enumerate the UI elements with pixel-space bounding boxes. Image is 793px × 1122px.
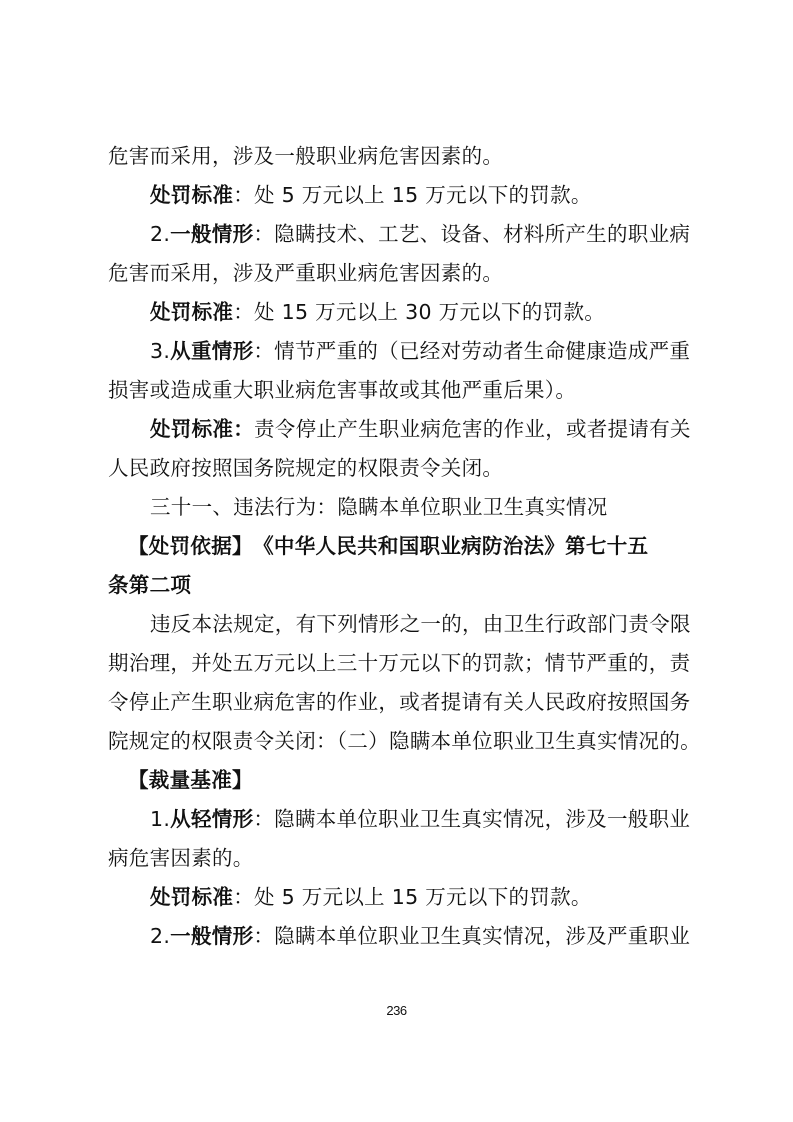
text-line: 损害或造成重大职业病危害事故或其他严重后果）。	[108, 376, 698, 404]
text-line: 病危害因素的。	[108, 844, 698, 872]
text-line: 危害而采用，涉及一般职业病危害因素的。	[108, 142, 698, 170]
light-case-line: 1.从轻情形：隐瞒本单位职业卫生真实情况，涉及一般职业	[150, 805, 698, 833]
section-title: 三十一、违法行为：隐瞒本单位职业卫生真实情况	[150, 493, 698, 521]
text-line: 人民政府按照国务院规定的权限责令关闭。	[108, 454, 698, 482]
penalty-standard-line: 处罚标准：责令停止产生职业病危害的作业，或者提请有关	[150, 415, 698, 443]
discretion-heading: 【裁量基准】	[128, 766, 718, 794]
penalty-basis-heading: 【处罚依据】 《中华人民共和国职业病防治法》第七十五	[128, 532, 718, 560]
general-case-line: 2.一般情形：隐瞒本单位职业卫生真实情况，涉及严重职业	[150, 922, 698, 950]
general-case-line: 2.一般情形：隐瞒技术、工艺、设备、材料所产生的职业病	[150, 220, 698, 248]
page-number: 236	[0, 1003, 793, 1018]
severe-case-line: 3.从重情形：情节严重的（已经对劳动者生命健康造成严重	[150, 337, 698, 365]
text-line: 危害而采用，涉及严重职业病危害因素的。	[108, 259, 698, 287]
penalty-standard-line: 处罚标准：处 15 万元以上 30 万元以下的罚款。	[150, 298, 698, 326]
penalty-standard-line: 处罚标准：处 5 万元以上 15 万元以下的罚款。	[150, 181, 698, 209]
law-text-line: 令停止产生职业病危害的作业，或者提请有关人民政府按照国务	[108, 688, 698, 716]
penalty-standard-line: 处罚标准：处 5 万元以上 15 万元以下的罚款。	[150, 883, 698, 911]
penalty-basis-heading-cont: 条第二项	[108, 571, 698, 599]
law-text-line: 院规定的权限责令关闭：（二）隐瞒本单位职业卫生真实情况的。	[108, 727, 698, 755]
law-text-line: 期治理，并处五万元以上三十万元以下的罚款；情节严重的，责	[108, 649, 698, 677]
law-text-line: 违反本法规定，有下列情形之一的，由卫生行政部门责令限	[150, 610, 698, 638]
